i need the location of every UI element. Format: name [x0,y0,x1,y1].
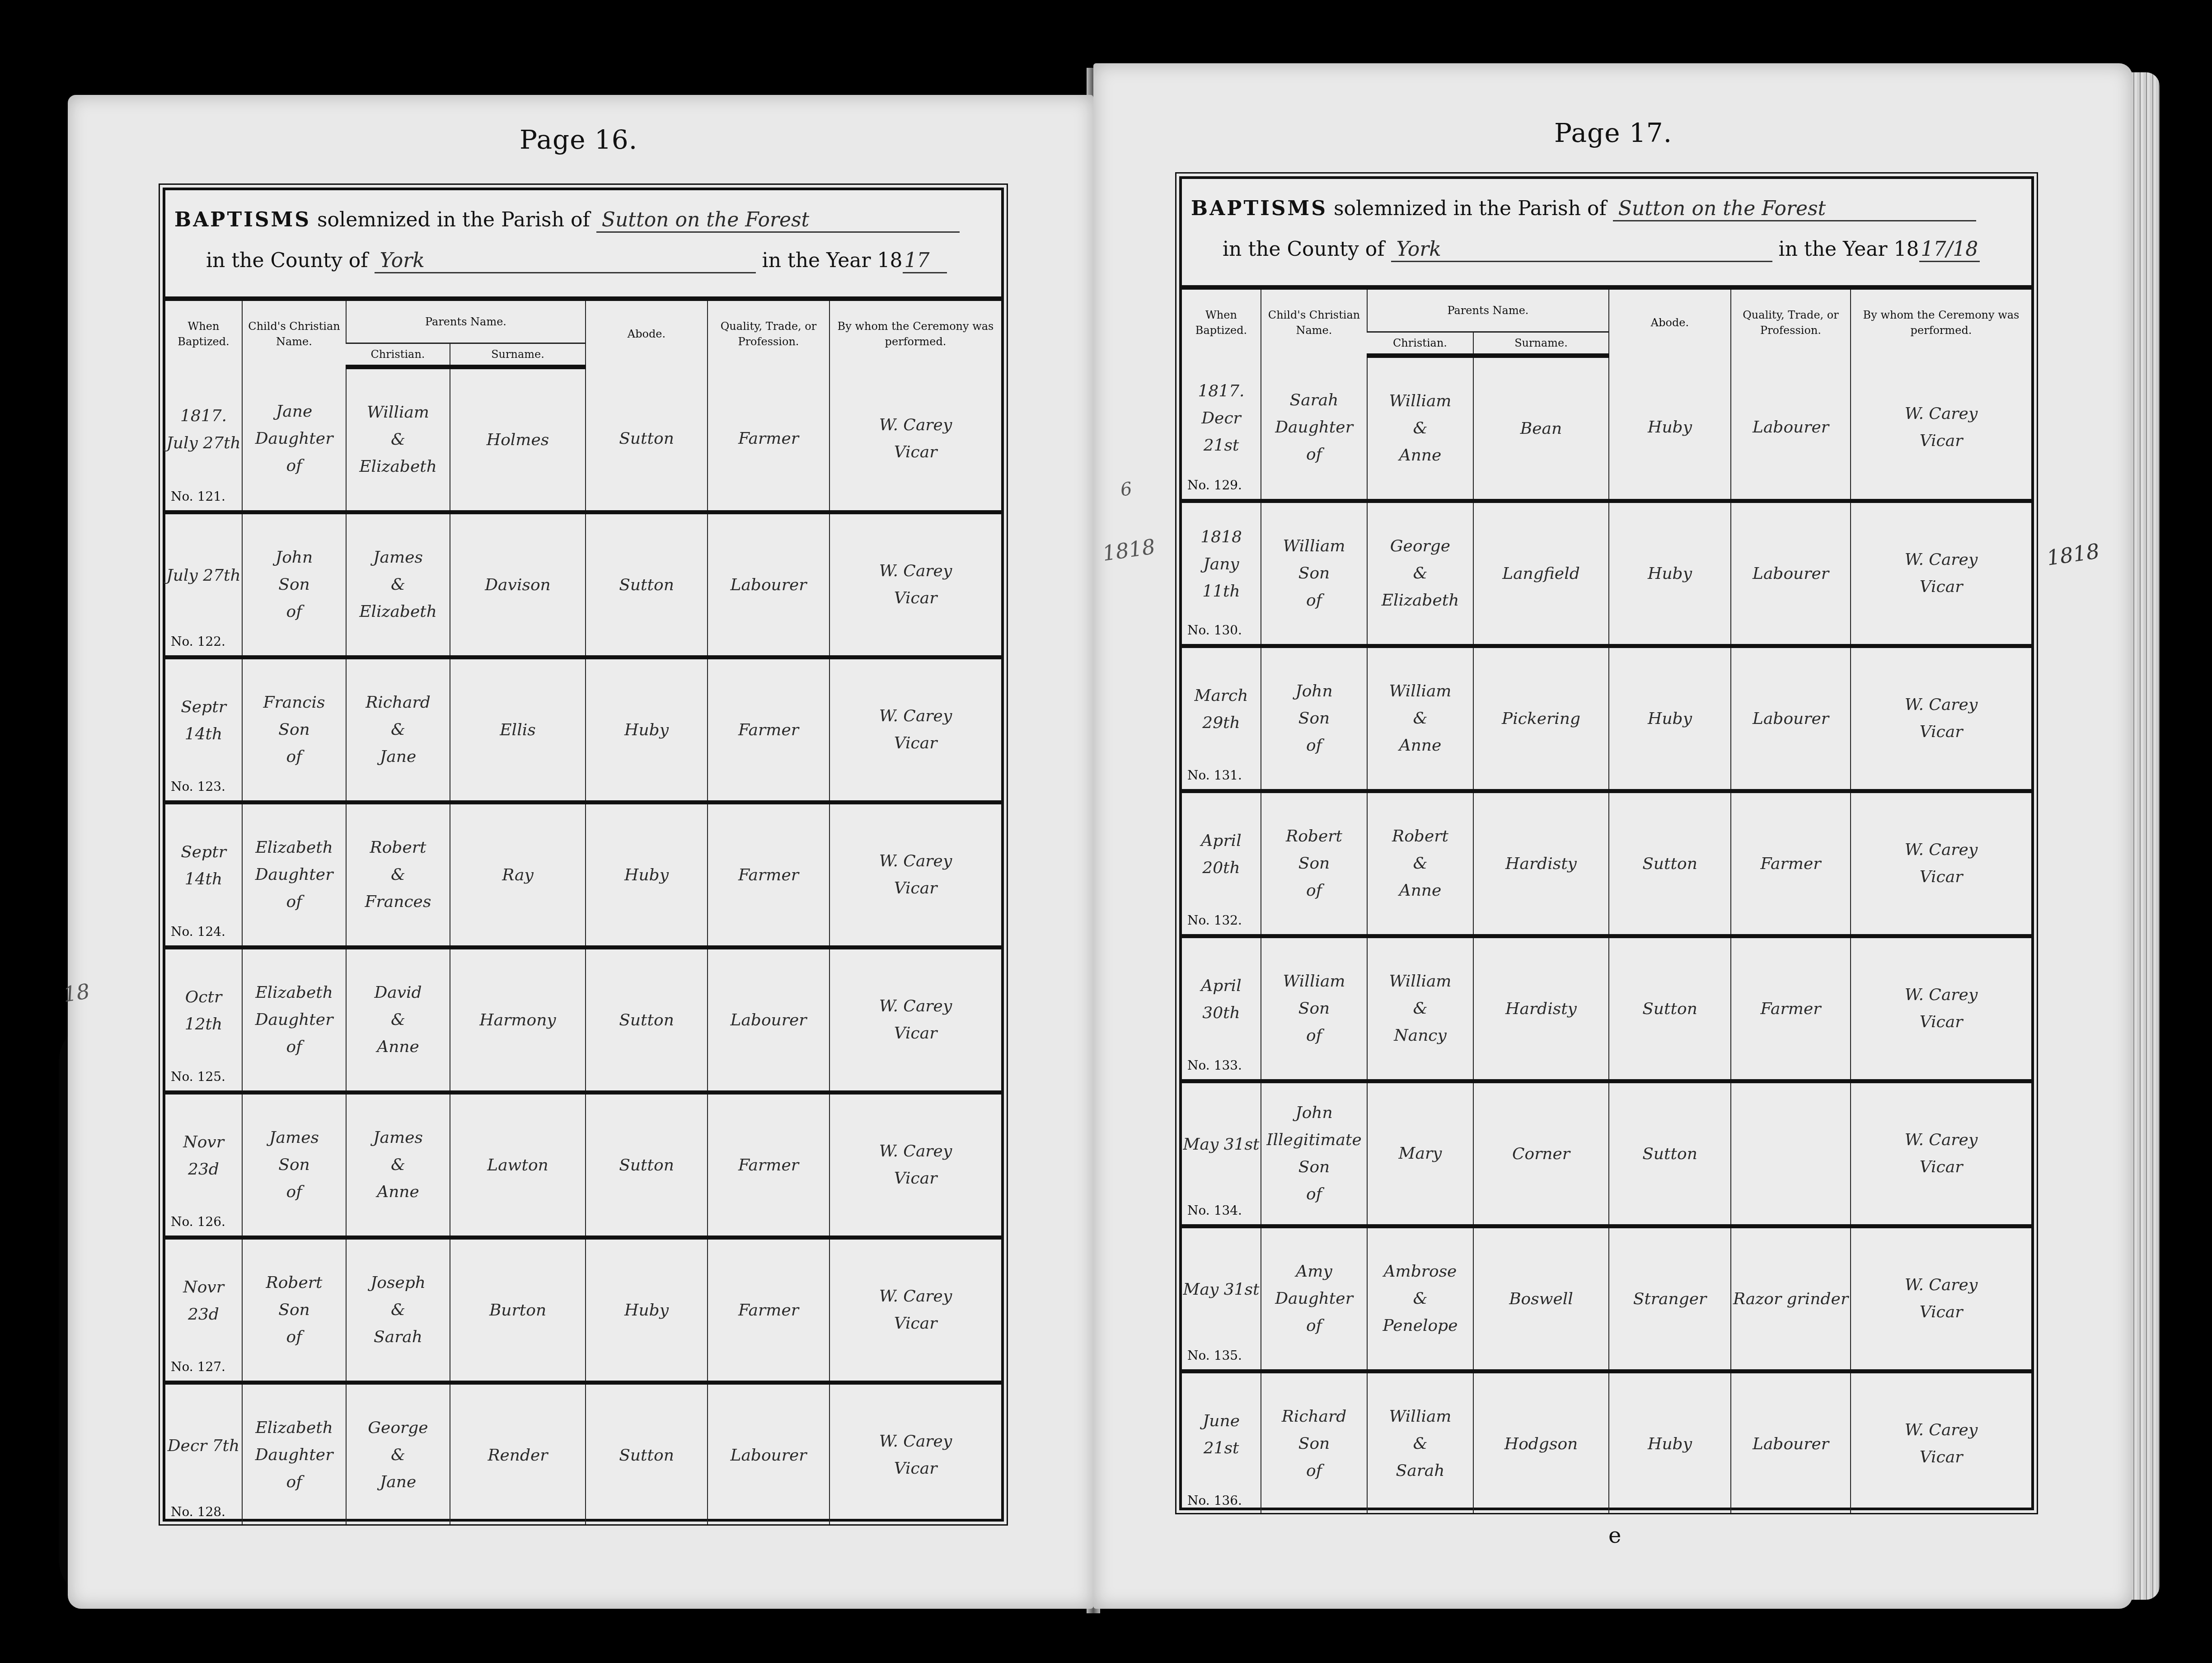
handwritten-text: William [1262,968,1366,995]
entry-year: 1818 [1182,524,1260,551]
county-field: York [1391,238,1772,262]
handwritten-text: & [1368,415,1472,442]
handwritten-text: Mary [1368,1140,1472,1167]
entry-number: No. 132. [1187,913,1242,928]
child-name-cell: JohnSonof [242,512,346,658]
handwritten-text: Jane [347,743,449,770]
col-quality: Quality, Trade, or Profession. [1731,290,1851,356]
right-page: Page 17. 6 1818 1818 BAPTISMS solemnized… [1093,63,2132,1609]
abode-cell: Sutton [586,512,708,658]
handwritten-text: William [347,399,449,426]
when-baptized-cell: 1817. Decr 21st No. 129. [1182,356,1261,501]
handwritten-text: Frances [347,888,449,916]
handwritten-text: & [1368,850,1472,877]
handwritten-text: Sarah [1262,387,1366,414]
table-row: Novr 23d No. 127. RobertSonof Joseph&Sar… [165,1238,1001,1383]
table-row: 1818 Jany 11th No. 130. WilliamSonof Geo… [1182,501,2031,646]
handwritten-text: of [243,452,345,479]
child-name-cell: WilliamSonof [1261,501,1367,646]
handwritten-text: W. Carey [830,1428,1001,1455]
handwritten-text: of [1262,1022,1366,1049]
entry-number: No. 135. [1187,1348,1242,1363]
handwritten-text: John [243,544,345,571]
handwritten-text: Ambrose [1368,1258,1472,1285]
handwritten-text: W. Carey [1851,1272,2031,1299]
handwritten-text: Sarah [347,1324,449,1351]
when-baptized-cell: Octr 12th No. 125. [165,948,242,1093]
handwritten-text: Son [243,571,345,598]
handwritten-text: Daughter [1262,414,1366,441]
entry-number: No. 136. [1187,1493,1242,1508]
handwritten-text: & [347,1442,449,1469]
ceremony-cell: W. CareyVicar [1851,356,2031,501]
handwritten-text: Vicar [830,1165,1001,1192]
handwritten-text: Son [1262,1430,1366,1457]
quality-cell: Farmer [1731,936,1851,1081]
year-label: in the Year 18 [762,249,903,272]
quality-cell: Labourer [1731,501,1851,646]
handwritten-text: William [1262,533,1366,560]
abode-cell: Huby [586,658,708,803]
child-name-cell: WilliamSonof [1261,936,1367,1081]
handwritten-text: Anne [1368,732,1472,759]
abode-cell: Stranger [1609,1226,1731,1372]
parents-christian-cell: David&Anne [346,948,450,1093]
parents-christian-cell: Robert&Anne [1367,791,1473,936]
entry-date: Octr 12th [166,984,241,1038]
parents-christian-cell: William&Sarah [1367,1372,1473,1515]
handwritten-text: Son [1262,705,1366,732]
table-row: Octr 12th No. 125. ElizabethDaughterof D… [165,948,1001,1093]
ceremony-cell: W. CareyVicar [1851,791,2031,936]
entry-year: 1817. [1182,378,1260,405]
child-name-cell: RobertSonof [1261,791,1367,936]
handwritten-text: Richard [347,689,449,716]
handwritten-text: Daughter [243,861,345,888]
handwritten-text: Daughter [243,1442,345,1469]
year-label: in the Year 18 [1779,238,1919,261]
table-row: March 29th No. 131. JohnSonof William&An… [1182,646,2031,791]
margin-note-top: 6 [1119,478,1134,500]
abode-cell: Sutton [1609,1081,1731,1226]
handwritten-text: David [347,979,449,1006]
abode-cell: Sutton [586,367,708,512]
handwritten-text: of [243,743,345,770]
table-row: May 31st No. 134. John IllegitimateSonof… [1182,1081,2031,1226]
parents-surname-cell: Render [450,1383,586,1526]
when-baptized-cell: April 30th No. 133. [1182,936,1261,1081]
signature-mark: e [1608,1523,1621,1548]
parents-christian-cell: Richard&Jane [346,658,450,803]
quality-cell: Labourer [1731,1372,1851,1515]
handwritten-text: John [1262,678,1366,705]
entry-date: Septr 14th [166,694,241,748]
heading-baptisms: BAPTISMS [174,208,311,231]
left-page: Page 16. 18 BAPTISMS solemnized in the P… [68,95,1093,1609]
handwritten-text: of [1262,587,1366,614]
handwritten-text: Jane [243,398,345,425]
handwritten-text: W. Carey [830,412,1001,439]
parents-surname-cell: Burton [450,1238,586,1383]
handwritten-text: Elizabeth [347,598,449,625]
ceremony-cell: W. CareyVicar [829,1383,1001,1526]
parents-christian-cell: William&Anne [1367,646,1473,791]
register-heading: BAPTISMS solemnized in the Parish of Sut… [1182,179,2031,290]
quality-cell: Farmer [708,1238,829,1383]
parents-surname-cell: Boswell [1473,1226,1609,1372]
handwritten-text: Daughter [243,425,345,452]
entry-number: No. 130. [1187,623,1242,638]
margin-note-year-left: 1818 [1101,534,1157,566]
table-row: 1817. July 27th No. 121. JaneDaughterof … [165,367,1001,512]
parents-surname-cell: Holmes [450,367,586,512]
handwritten-text: of [243,1324,345,1351]
quality-cell: Labourer [1731,646,1851,791]
entry-number: No. 129. [1187,478,1242,493]
col-parents-christian: Christian. [1367,332,1473,356]
page-number: Page 16. [520,124,637,155]
quality-cell: Farmer [708,803,829,948]
entries-table: When Baptized. Child's Christian Name. P… [165,301,1001,1526]
handwritten-text: W. Carey [1851,1417,2031,1444]
parents-surname-cell: Langfield [1473,501,1609,646]
heading-text: solemnized in the Parish of [317,208,590,231]
parents-surname-cell: Harmony [450,948,586,1093]
parents-surname-cell: Corner [1473,1081,1609,1226]
abode-cell: Huby [1609,646,1731,791]
quality-cell: Razor grinder [1731,1226,1851,1372]
ceremony-cell: W. CareyVicar [1851,1226,2031,1372]
handwritten-text: of [1262,1181,1366,1208]
quality-cell: Farmer [1731,791,1851,936]
abode-cell: Sutton [586,1093,708,1238]
ceremony-cell: W. CareyVicar [1851,936,2031,1081]
handwritten-text: W. Carey [830,1138,1001,1165]
handwritten-text: of [1262,1457,1366,1484]
col-child: Child's Christian Name. [242,301,346,367]
entry-number: No. 124. [171,924,225,939]
handwritten-text: of [243,598,345,625]
quality-cell: Labourer [1731,356,1851,501]
handwritten-text: of [243,1469,345,1496]
child-name-cell: ElizabethDaughterof [242,803,346,948]
entry-number: No. 121. [171,489,225,504]
handwritten-text: W. Carey [830,558,1001,585]
handwritten-text: Son [1262,850,1366,877]
handwritten-text: W. Carey [1851,1127,2031,1154]
handwritten-text: William [1368,1403,1472,1430]
handwritten-text: Daughter [1262,1285,1366,1312]
entry-number: No. 122. [171,634,225,649]
handwritten-text: & [347,1297,449,1324]
entry-number: No. 127. [171,1359,225,1374]
abode-cell: Sutton [1609,936,1731,1081]
handwritten-text: Elizabeth [243,979,345,1006]
handwritten-text: & [347,716,449,743]
entry-date: Novr 23d [166,1274,241,1328]
county-field: York [375,249,756,273]
handwritten-text: W. Carey [830,848,1001,875]
handwritten-text: Anne [1368,877,1472,904]
parents-christian-cell: James&Anne [346,1093,450,1238]
register-heading: BAPTISMS solemnized in the Parish of Sut… [165,190,1001,301]
handwritten-text: Robert [347,834,449,861]
handwritten-text: Son [1262,995,1366,1022]
handwritten-text: Sarah [1368,1457,1472,1484]
child-name-cell: AmyDaughterof [1261,1226,1367,1372]
child-name-cell: SarahDaughterof [1261,356,1367,501]
entry-number: No. 128. [171,1504,225,1519]
abode-cell: Huby [1609,1372,1731,1515]
county-label: in the County of [206,249,368,272]
handwritten-text: Robert [1262,823,1366,850]
table-row: 1817. Decr 21st No. 129. SarahDaughterof… [1182,356,2031,501]
handwritten-text: Robert [1368,823,1472,850]
parents-christian-cell: Ambrose&Penelope [1367,1226,1473,1372]
entry-number: No. 126. [171,1214,225,1229]
col-ceremony: By whom the Ceremony was performed. [1851,290,2031,356]
entry-date: April 30th [1182,972,1260,1027]
handwritten-text: Elizabeth [243,1414,345,1442]
handwritten-text: Son [243,716,345,743]
table-row: Novr 23d No. 126. JamesSonof James&Anne … [165,1093,1001,1238]
handwritten-text: Vicar [830,1020,1001,1047]
handwritten-text: of [1262,441,1366,468]
handwritten-text: Vicar [1851,1444,2031,1471]
abode-cell: Huby [1609,501,1731,646]
col-when: When Baptized. [1182,290,1261,356]
when-baptized-cell: June 21st No. 136. [1182,1372,1261,1515]
handwritten-text: of [243,1034,345,1061]
parents-christian-cell: Robert&Frances [346,803,450,948]
handwritten-text: W. Carey [1851,691,2031,719]
entry-date: March 29th [1182,682,1260,737]
handwritten-text: W. Carey [1851,836,2031,864]
handwritten-text: W. Carey [1851,546,2031,573]
handwritten-text: & [1368,1430,1472,1457]
margin-note: 18 [62,979,91,1007]
when-baptized-cell: April 20th No. 132. [1182,791,1261,936]
col-quality: Quality, Trade, or Profession. [708,301,829,367]
handwritten-text: Vicar [830,585,1001,612]
when-baptized-cell: 1817. July 27th No. 121. [165,367,242,512]
page-number: Page 17. [1554,117,1672,148]
handwritten-text: Joseph [347,1269,449,1297]
when-baptized-cell: July 27th No. 122. [165,512,242,658]
quality-cell: Labourer [708,512,829,658]
table-row: April 20th No. 132. RobertSonof Robert&A… [1182,791,2031,936]
handwritten-text: Daughter [243,1006,345,1034]
handwritten-text: Son [1262,560,1366,587]
handwritten-text: Vicar [1851,1299,2031,1326]
handwritten-text: Amy [1262,1258,1366,1285]
ceremony-cell: W. CareyVicar [829,1093,1001,1238]
handwritten-text: William [1368,388,1472,415]
year-field: 17/18 [1919,238,1980,262]
handwritten-text: & [347,426,449,453]
heading-text: solemnized in the Parish of [1334,197,1607,220]
parents-surname-cell: Lawton [450,1093,586,1238]
parents-christian-cell: James&Elizabeth [346,512,450,658]
handwritten-text: & [347,571,449,598]
parents-christian-cell: William&Anne [1367,356,1473,501]
child-name-cell: John IllegitimateSonof [1261,1081,1367,1226]
col-abode: Abode. [1609,290,1731,356]
table-row: April 30th No. 133. WilliamSonof William… [1182,936,2031,1081]
when-baptized-cell: 1818 Jany 11th No. 130. [1182,501,1261,646]
parents-surname-cell: Hardisty [1473,791,1609,936]
handwritten-text: W. Carey [1851,982,2031,1009]
ceremony-cell: W. CareyVicar [829,1238,1001,1383]
col-parents: Parents Name. [1367,290,1609,332]
handwritten-text: John Illegitimate [1262,1099,1366,1154]
parents-surname-cell: Hardisty [1473,936,1609,1081]
parish-field: Sutton on the Forest [1613,197,1976,221]
abode-cell: Huby [586,1238,708,1383]
when-baptized-cell: May 31st No. 135. [1182,1226,1261,1372]
handwritten-text: William [1368,968,1472,995]
handwritten-text: Vicar [830,439,1001,466]
entry-date: Decr 7th [166,1433,241,1460]
col-parents-surname: Surname. [450,343,586,367]
child-name-cell: ElizabethDaughterof [242,948,346,1093]
entry-number: No. 131. [1187,768,1242,783]
handwritten-text: Robert [243,1269,345,1297]
entry-date: July 27th [166,430,241,457]
handwritten-text: James [347,544,449,571]
entry-date: Novr 23d [166,1129,241,1183]
handwritten-text: & [1368,705,1472,732]
handwritten-text: Son [243,1151,345,1179]
when-baptized-cell: Septr 14th No. 124. [165,803,242,948]
handwritten-text: Vicar [1851,1154,2031,1181]
handwritten-text: Anne [347,1179,449,1206]
year-field: 17 [903,249,947,273]
handwritten-text: Vicar [830,1455,1001,1482]
col-when: When Baptized. [165,301,242,367]
parish-field: Sutton on the Forest [596,208,960,233]
handwritten-text: George [1368,533,1472,560]
handwritten-text: Francis [243,689,345,716]
when-baptized-cell: March 29th No. 131. [1182,646,1261,791]
col-abode: Abode. [586,301,708,367]
handwritten-text: & [1368,1285,1472,1312]
entry-date: Decr 21st [1182,405,1260,459]
col-parents-christian: Christian. [346,343,450,367]
handwritten-text: Vicar [1851,573,2031,601]
ceremony-cell: W. CareyVicar [829,512,1001,658]
parents-surname-cell: Pickering [1473,646,1609,791]
parents-surname-cell: Davison [450,512,586,658]
handwritten-text: Elizabeth [243,834,345,861]
parents-christian-cell: William&Elizabeth [346,367,450,512]
entry-number: No. 133. [1187,1058,1242,1073]
handwritten-text: William [1368,678,1472,705]
handwritten-text: Anne [347,1034,449,1061]
entry-number: No. 125. [171,1069,225,1084]
entry-date: Septr 14th [166,839,241,893]
quality-cell: Farmer [708,1093,829,1238]
handwritten-text: & [1368,560,1472,587]
table-row: July 27th No. 122. JohnSonof James&Eliza… [165,512,1001,658]
entry-year: 1817. [166,403,241,430]
ceremony-cell: W. CareyVicar [1851,646,2031,791]
parents-surname-cell: Bean [1473,356,1609,501]
handwritten-text: Richard [1262,1403,1366,1430]
ceremony-cell: W. CareyVicar [1851,1372,2031,1515]
entries-table: When Baptized. Child's Christian Name. P… [1182,290,2031,1514]
parents-christian-cell: William&Nancy [1367,936,1473,1081]
quality-cell: Labourer [708,948,829,1093]
handwritten-text: & [347,861,449,888]
baptism-register-table: BAPTISMS solemnized in the Parish of Sut… [1179,176,2034,1510]
handwritten-text: James [347,1124,449,1151]
handwritten-text: Vicar [1851,427,2031,455]
handwritten-text: of [1262,1312,1366,1339]
when-baptized-cell: Decr 7th No. 128. [165,1383,242,1526]
table-row: Septr 14th No. 124. ElizabethDaughterof … [165,803,1001,948]
handwritten-text: Vicar [1851,1009,2031,1036]
abode-cell: Huby [1609,356,1731,501]
handwritten-text: of [1262,732,1366,759]
handwritten-text: Jane [347,1469,449,1496]
child-name-cell: JaneDaughterof [242,367,346,512]
entry-date: April 20th [1182,827,1260,882]
handwritten-text: & [1368,995,1472,1022]
handwritten-text: Elizabeth [347,453,449,480]
child-name-cell: RobertSonof [242,1238,346,1383]
ceremony-cell: W. CareyVicar [829,803,1001,948]
entry-date: Jany 11th [1182,551,1260,605]
handwritten-text: Vicar [1851,864,2031,891]
abode-cell: Sutton [586,1383,708,1526]
quality-cell: Labourer [708,1383,829,1526]
when-baptized-cell: Septr 14th No. 123. [165,658,242,803]
handwritten-text: Penelope [1368,1312,1472,1339]
handwritten-text: & [347,1006,449,1034]
handwritten-text: Vicar [1851,719,2031,746]
parents-christian-cell: George&Elizabeth [1367,501,1473,646]
margin-note-year-right: 1818 [2045,539,2101,570]
entry-date: May 31st [1182,1131,1260,1158]
handwritten-text: Elizabeth [1368,587,1472,614]
when-baptized-cell: May 31st No. 134. [1182,1081,1261,1226]
ceremony-cell: W. CareyVicar [829,948,1001,1093]
col-parents-surname: Surname. [1473,332,1609,356]
parents-christian-cell: George&Jane [346,1383,450,1526]
quality-cell: Farmer [708,367,829,512]
handwritten-text: & [347,1151,449,1179]
baptism-register-table: BAPTISMS solemnized in the Parish of Sut… [163,188,1004,1522]
child-name-cell: ElizabethDaughterof [242,1383,346,1526]
ceremony-cell: W. CareyVicar [1851,501,2031,646]
quality-cell: Farmer [708,658,829,803]
handwritten-text: Vicar [830,730,1001,757]
entry-date: May 31st [1182,1276,1260,1303]
entry-number: No. 134. [1187,1203,1242,1218]
col-ceremony: By whom the Ceremony was performed. [829,301,1001,367]
table-row: May 31st No. 135. AmyDaughterof Ambrose&… [1182,1226,2031,1372]
handwritten-text: Anne [1368,442,1472,469]
parents-christian-cell: Mary [1367,1081,1473,1226]
ceremony-cell: W. CareyVicar [829,367,1001,512]
child-name-cell: RichardSonof [1261,1372,1367,1515]
handwritten-text: of [243,888,345,916]
child-name-cell: JohnSonof [1261,646,1367,791]
when-baptized-cell: Novr 23d No. 126. [165,1093,242,1238]
entry-number: No. 123. [171,779,225,794]
handwritten-text: W. Carey [830,703,1001,730]
